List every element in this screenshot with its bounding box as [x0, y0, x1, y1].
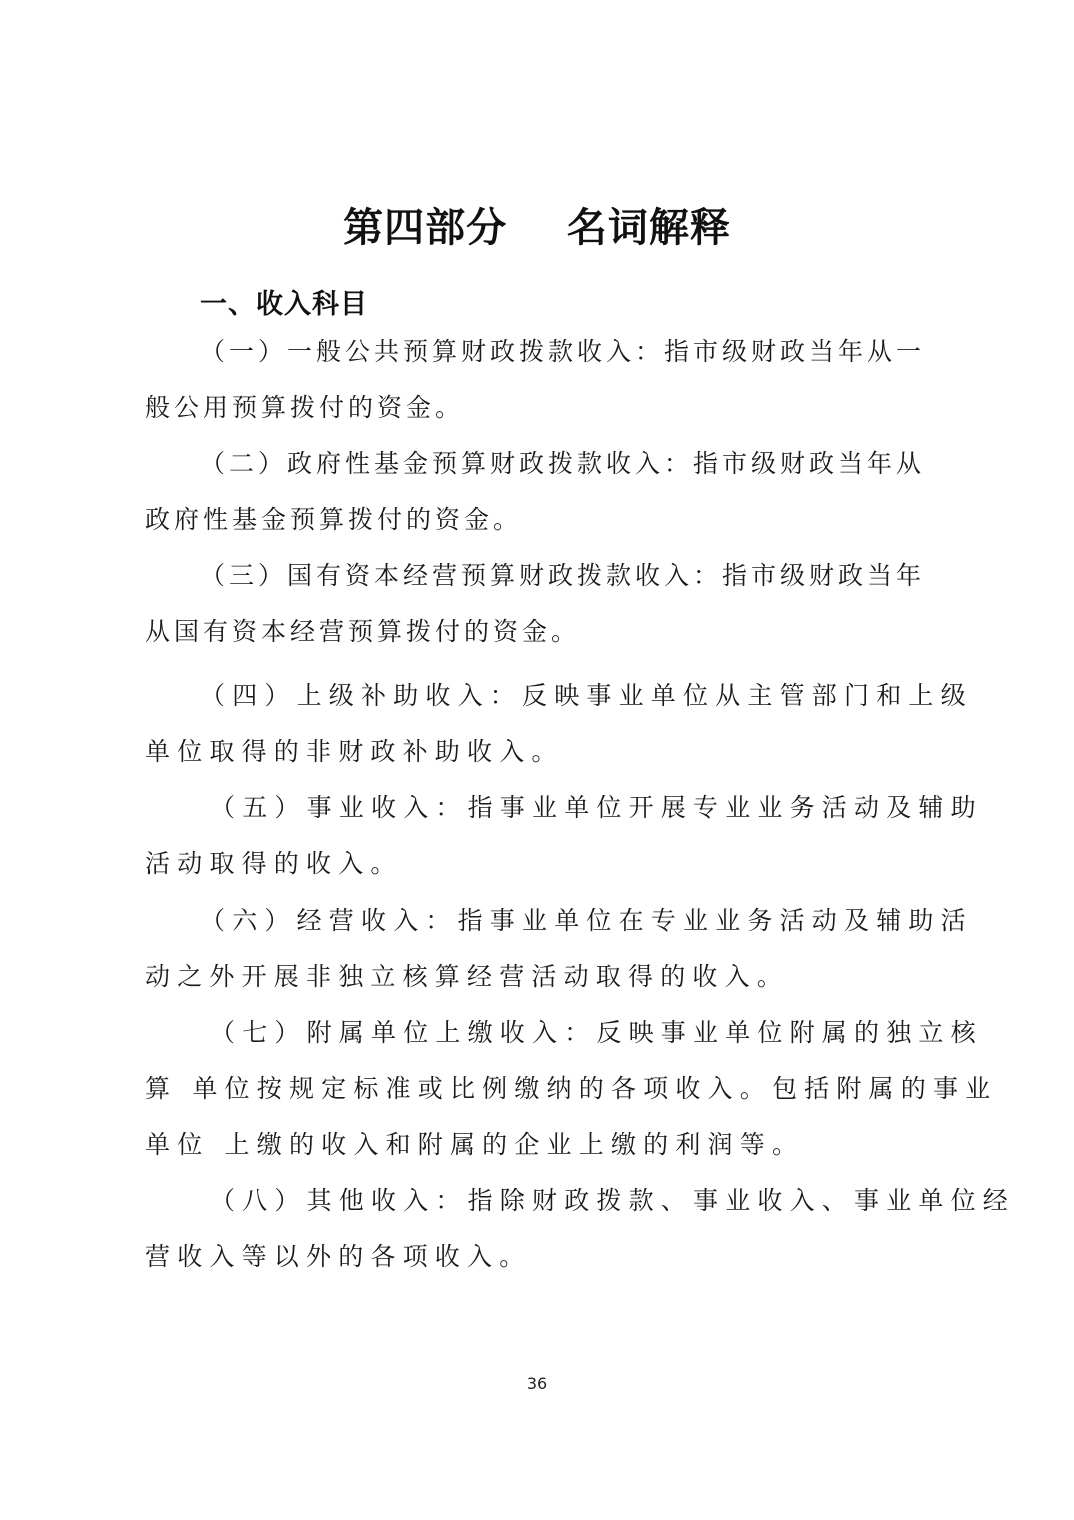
- item-7-line-1: （七）附属单位上缴收入：反映事业单位附属的独立核: [210, 1013, 983, 1049]
- item-3-line-1: （三）国有资本经营预算财政拨款收入：指市级财政当年: [200, 556, 925, 592]
- item-1-line-1: （一）一般公共预算财政拨款收入：指市级财政当年从一: [200, 332, 925, 368]
- item-4-line-1: （四）上级补助收入：反映事业单位从主管部门和上级: [200, 676, 973, 712]
- item-7-line-3: 单位 上缴的收入和附属的企业上缴的利润等。: [145, 1125, 804, 1161]
- item-4-line-2: 单位取得的非财政补助收入。: [145, 732, 564, 768]
- item-2-line-1: （二）政府性基金预算财政拨款收入：指市级财政当年从: [200, 444, 925, 480]
- item-2-line-2: 政府性基金预算拨付的资金。: [145, 500, 522, 536]
- item-7-line-2: 算 单位按规定标准或比例缴纳的各项收入。包括附属的事业: [145, 1069, 997, 1105]
- item-5-line-2: 活动取得的收入。: [145, 844, 403, 880]
- item-8-line-2: 营收入等以外的各项收入。: [145, 1237, 531, 1273]
- item-6-line-2: 动之外开展非独立核算经营活动取得的收入。: [145, 957, 789, 993]
- item-3-line-2: 从国有资本经营预算拨付的资金。: [145, 612, 580, 648]
- section-heading: 一、收入科目: [200, 282, 368, 321]
- page-title: 第四部分 名词解释: [0, 196, 1074, 253]
- item-1-line-2: 般公用预算拨付的资金。: [145, 388, 464, 424]
- item-5-line-1: （五）事业收入：指事业单位开展专业业务活动及辅助: [210, 788, 983, 824]
- page-number: 36: [0, 1374, 1074, 1393]
- item-6-line-1: （六）经营收入：指事业单位在专业业务活动及辅助活: [200, 901, 973, 937]
- item-8-line-1: （八）其他收入：指除财政拨款、事业收入、事业单位经: [210, 1181, 1015, 1217]
